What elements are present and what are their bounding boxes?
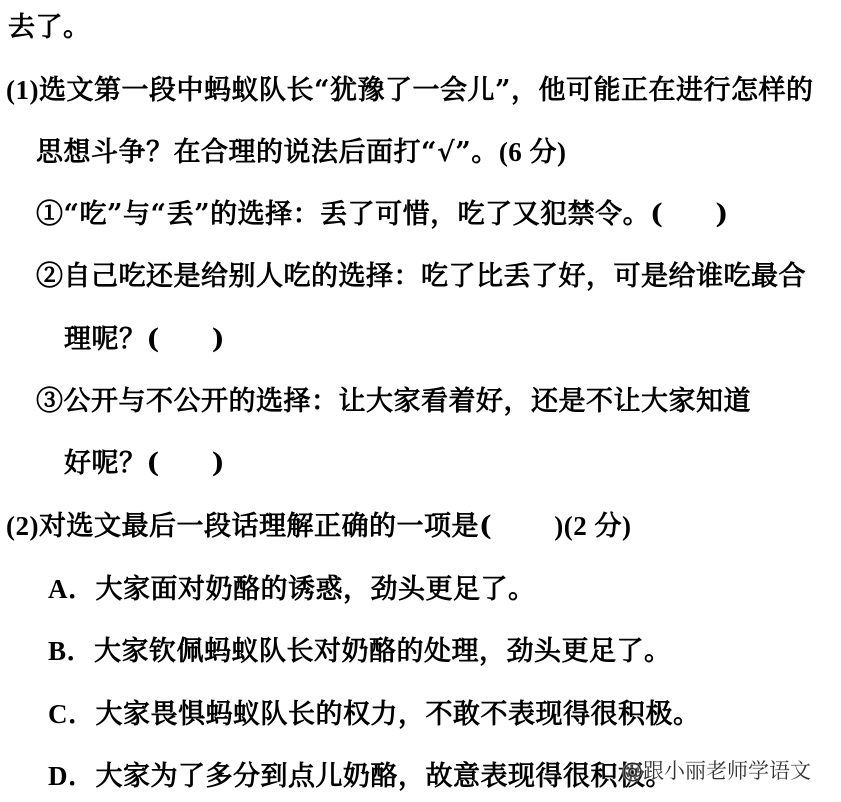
option-2-line-2: 理呢？() — [64, 324, 225, 356]
question-1-text-cont: 思想斗争？在合理的说法后面打“√”。 — [36, 137, 499, 168]
choice-a: A．大家面对奶酪的诱惑，劲头更足了。 — [48, 573, 536, 606]
option-3-line-1: ③公开与不公开的选择：让大家看着好，还是不让大家知道 — [36, 386, 751, 418]
question-1-text: 选文第一段中蚂蚁队长“犹豫了一会儿”，他可能正在进行怎样的 — [39, 75, 814, 106]
question-2-text: 对选文最后一段话理解正确的一项是( — [39, 511, 492, 542]
choice-b: B．大家钦佩蚂蚁队长对奶酪的处理，劲头更足了。 — [48, 635, 672, 668]
option-1-text: ①“吃”与“丢”的选择：丢了可惜，吃了又犯禁令。( — [36, 199, 663, 230]
watermark-text: @跟小丽老师学语文 — [622, 759, 811, 783]
option-1-close-paren: ) — [715, 199, 728, 230]
choice-d-label: D． — [48, 761, 96, 791]
option-2-text: ②自己吃还是给别人吃的选择：吃了比丢了好，可是给谁吃最合 — [36, 261, 806, 292]
passage-ending: 去了。 — [8, 12, 91, 44]
choice-d: D．大家为了多分到点儿奶酪，故意表现得很积极。 — [48, 760, 673, 793]
choice-d-text: 大家为了多分到点儿奶酪，故意表现得很积极。 — [96, 761, 674, 792]
question-2-score: )(2 分) — [554, 511, 631, 541]
question-1-line-1: (1)选文第一段中蚂蚁队长“犹豫了一会儿”，他可能正在进行怎样的 — [6, 74, 814, 107]
question-2-number: (2) — [6, 511, 39, 541]
choice-b-text: 大家钦佩蚂蚁队长对奶酪的处理，劲头更足了。 — [94, 636, 672, 667]
question-1-score: (6 分) — [499, 137, 567, 167]
option-2-line-1: ②自己吃还是给别人吃的选择：吃了比丢了好，可是给谁吃最合 — [36, 261, 806, 293]
option-3-text-cont: 好呢？( — [64, 448, 160, 479]
option-2-text-cont: 理呢？( — [64, 324, 160, 355]
question-1-number: (1) — [6, 75, 39, 105]
choice-a-text: 大家面对奶酪的诱惑，劲头更足了。 — [96, 574, 536, 605]
option-1: ①“吃”与“丢”的选择：丢了可惜，吃了又犯禁令。() — [36, 199, 729, 231]
question-2: (2)对选文最后一段话理解正确的一项是()(2 分) — [6, 510, 632, 543]
option-3-text: ③公开与不公开的选择：让大家看着好，还是不让大家知道 — [36, 386, 751, 417]
question-1-line-2: 思想斗争？在合理的说法后面打“√”。(6 分) — [36, 136, 567, 169]
choice-a-label: A． — [48, 574, 96, 604]
option-3-line-2: 好呢？() — [64, 448, 225, 480]
option-3-close-paren: ) — [212, 448, 225, 479]
choice-c: C．大家畏惧蚂蚁队长的权力，不敢不表现得很积极。 — [48, 698, 701, 731]
passage-ending-text: 去了。 — [8, 12, 91, 43]
choice-c-text: 大家畏惧蚂蚁队长的权力，不敢不表现得很积极。 — [96, 699, 701, 730]
choice-b-label: B． — [48, 636, 94, 666]
option-2-close-paren: ) — [212, 324, 225, 355]
watermark: @跟小丽老师学语文 — [622, 758, 811, 784]
choice-c-label: C． — [48, 699, 96, 729]
